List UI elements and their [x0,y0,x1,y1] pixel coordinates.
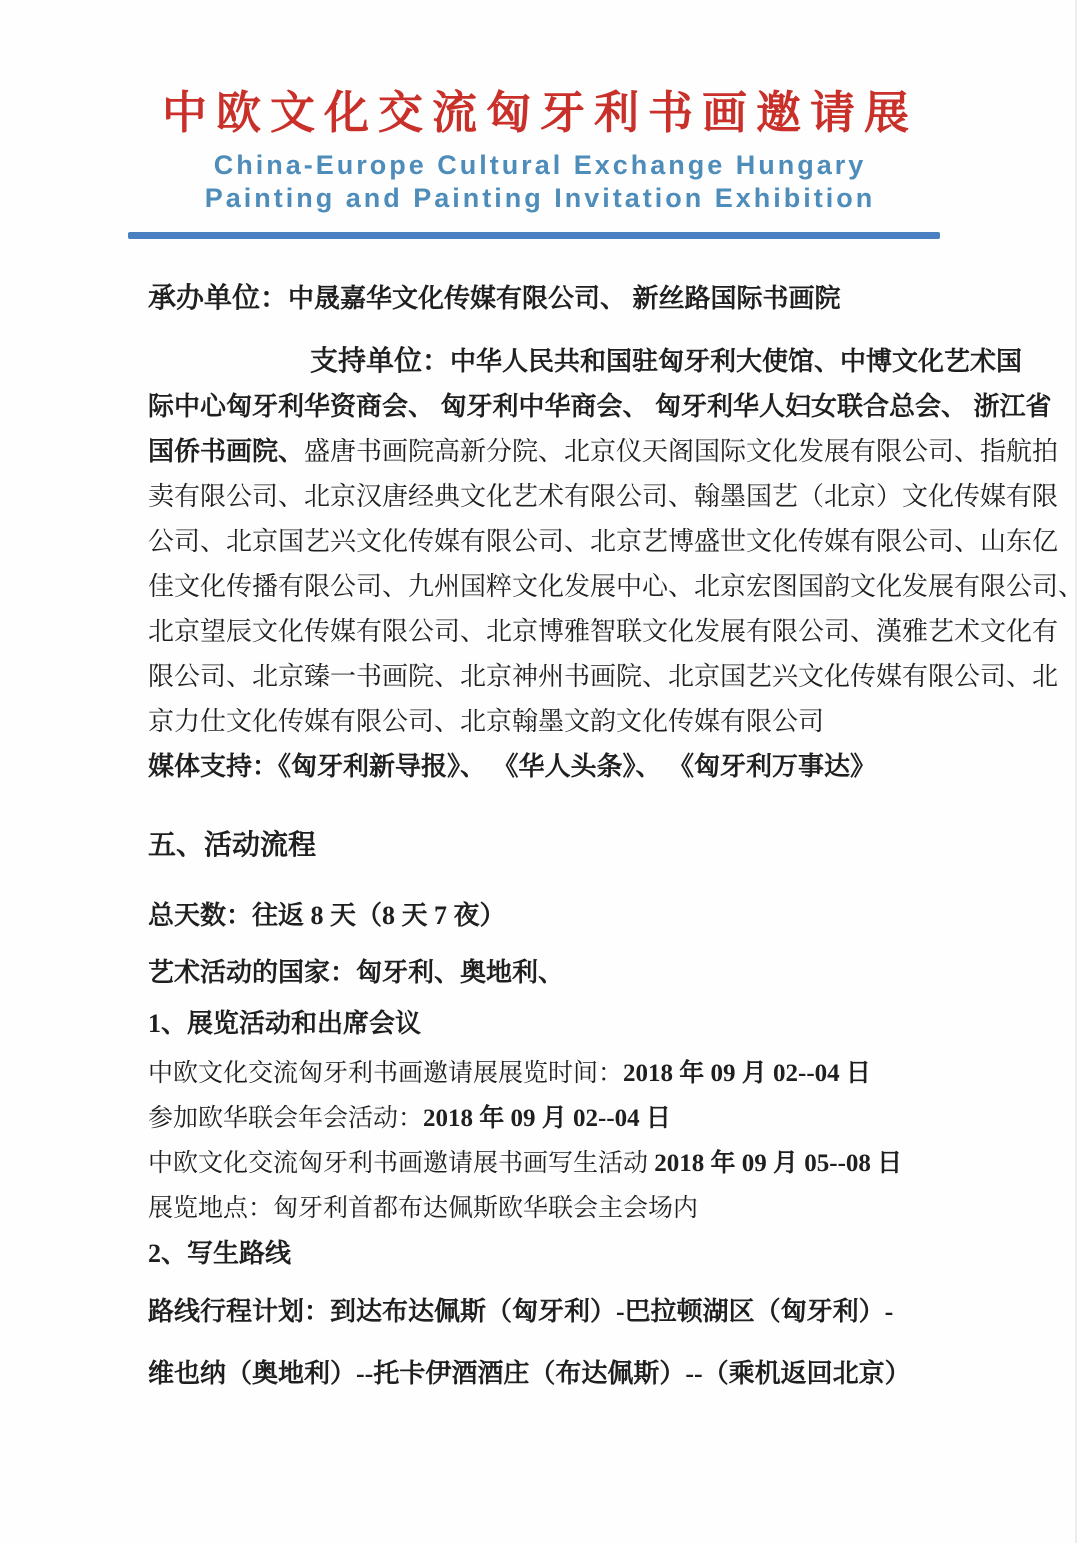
doc-line: 参加欧华联会年会活动：2018 年 09 月 02--04 日 [148,1096,960,1141]
exhibition-title-cn: 中欧文化交流匈牙利书画邀请展 [0,85,1080,141]
document-header: 中欧文化交流匈牙利书画邀请展 China-Europe Cultural Exc… [0,0,1080,239]
doc-line: 北京望辰文化传媒有限公司、北京博雅智联文化发展有限公司、漢雅艺术文化有 [148,609,960,654]
subtitle-line-1: China-Europe Cultural Exchange Hungary [0,149,1080,182]
subsection-1-heading: 1、展览活动和出席会议 [148,1007,960,1041]
text-segment: 参加欧华联会年会活动： [148,1105,423,1132]
text-segment: 际中心匈牙利华资商会、 匈牙利中华商会、 匈牙利华人妇女联合总会、 浙江省 [148,392,1052,421]
text-segment: 盛唐书画院高新分院、北京仪天阁国际文化发展有限公司、指航拍 [304,437,1058,466]
text-segment: 2018 年 09 月 02--04 日 [423,1105,671,1132]
route-plan-lines: 路线行程计划：到达布达佩斯（匈牙利）-巴拉顿湖区（匈牙利）-维也纳（奥地利）--… [148,1281,960,1405]
text-segment: 北京望辰文化传媒有限公司、北京博雅智联文化发展有限公司、漢雅艺术文化有 [148,617,1058,646]
page-edge-line [1075,0,1077,1543]
text-segment: 总天数：往返 8 天（8 天 7 夜） [148,901,506,930]
doc-line: 卖有限公司、北京汉唐经典文化艺术有限公司、翰墨国艺（北京）文化传媒有限 [148,474,960,519]
support-units-paragraph: 支持单位：中华人民共和国驻匈牙利大使馆、中博文化艺术国际中心匈牙利华资商会、 匈… [148,339,960,744]
text-segment: 佳文化传播有限公司、九州国粹文化发展中心、北京宏图国韵文化发展有限公司、 [148,572,1080,601]
section-heading-activity-flow: 五、活动流程 [148,829,960,863]
text-segment: 中欧文化交流匈牙利书画邀请展书画写生活动 [148,1150,654,1177]
doc-line: 艺术活动的国家：匈牙利、奥地利、 [148,944,960,1001]
text-segment: 中欧文化交流匈牙利书画邀请展展览时间： [148,1060,623,1087]
text-segment: 路线行程计划：到达布达佩斯（匈牙利）-巴拉顿湖区（匈牙利）- [148,1297,893,1326]
event-date-lines: 中欧文化交流匈牙利书画邀请展展览时间：2018 年 09 月 02--04 日参… [148,1051,960,1231]
doc-line: 佳文化传播有限公司、九州国粹文化发展中心、北京宏图国韵文化发展有限公司、 [148,564,960,609]
doc-line: 限公司、北京臻一书画院、北京神州书画院、北京国艺兴文化传媒有限公司、北 [148,654,960,699]
text-segment: 中晟嘉华文化传媒有限公司、 新丝路国际书画院 [288,284,841,313]
text-segment: 2018 年 09 月 05--08 日 [654,1150,902,1177]
doc-line: 路线行程计划：到达布达佩斯（匈牙利）-巴拉顿湖区（匈牙利）- [148,1281,960,1343]
media-support-line: 媒体支持：《匈牙利新导报》、 《华人头条》、 《匈牙利万事达》 [148,744,960,789]
doc-line: 公司、北京国艺兴文化传媒有限公司、北京艺博盛世文化传媒有限公司、山东亿 [148,519,960,564]
text-segment: 公司、北京国艺兴文化传媒有限公司、北京艺博盛世文化传媒有限公司、山东亿 [148,527,1058,556]
doc-line: 承办单位：中晟嘉华文化传媒有限公司、 新丝路国际书画院 [148,275,960,323]
organizer-line: 承办单位：中晟嘉华文化传媒有限公司、 新丝路国际书画院 [148,275,960,323]
text-segment: 中华人民共和国驻匈牙利大使馆、中博文化艺术国 [450,347,1022,376]
text-segment: 限公司、北京臻一书画院、北京神州书画院、北京国艺兴文化传媒有限公司、北 [148,662,1058,691]
doc-line: 国侨书画院、盛唐书画院高新分院、北京仪天阁国际文化发展有限公司、指航拍 [148,429,960,474]
text-segment: 媒体支持：《匈牙利新导报》、 《华人头条》、 《匈牙利万事达》 [148,752,876,781]
doc-line: 际中心匈牙利华资商会、 匈牙利中华商会、 匈牙利华人妇女联合总会、 浙江省 [148,384,960,429]
doc-line: 中欧文化交流匈牙利书画邀请展书画写生活动 2018 年 09 月 05--08 … [148,1141,960,1186]
doc-line: 支持单位：中华人民共和国驻匈牙利大使馆、中博文化艺术国 [148,339,960,384]
text-segment: 承办单位： [148,283,288,314]
text-segment: 展览地点：匈牙利首都布达佩斯欧华联会主会场内 [148,1195,698,1222]
doc-line: 维也纳（奥地利）--托卡伊酒酒庄（布达佩斯）--（乘机返回北京） [148,1343,960,1405]
doc-line: 展览地点：匈牙利首都布达佩斯欧华联会主会场内 [148,1186,960,1231]
doc-line: 媒体支持：《匈牙利新导报》、 《华人头条》、 《匈牙利万事达》 [148,744,960,789]
text-segment: 艺术活动的国家：匈牙利、奥地利、 [148,958,564,987]
text-segment: 京力仕文化传媒有限公司、北京翰墨文韵文化传媒有限公司 [148,707,824,736]
document-body: 承办单位：中晟嘉华文化传媒有限公司、 新丝路国际书画院 支持单位：中华人民共和国… [0,275,1080,1405]
doc-line: 京力仕文化传媒有限公司、北京翰墨文韵文化传媒有限公司 [148,699,960,744]
text-segment: 维也纳（奥地利）--托卡伊酒酒庄（布达佩斯）--（乘机返回北京） [148,1359,911,1388]
subsection-2-heading: 2、写生路线 [148,1237,960,1271]
schedule-summary-lines: 总天数：往返 8 天（8 天 7 夜）艺术活动的国家：匈牙利、奥地利、 [148,887,960,1001]
document-page: 中欧文化交流匈牙利书画邀请展 China-Europe Cultural Exc… [0,0,1080,1543]
text-segment: 国侨书画院、 [148,437,304,466]
header-rule [128,232,940,239]
subtitle-line-2: Painting and Painting Invitation Exhibit… [0,182,1080,215]
exhibition-subtitle-en: China-Europe Cultural Exchange Hungary P… [0,149,1080,215]
doc-line: 中欧文化交流匈牙利书画邀请展展览时间：2018 年 09 月 02--04 日 [148,1051,960,1096]
text-segment: 卖有限公司、北京汉唐经典文化艺术有限公司、翰墨国艺（北京）文化传媒有限 [148,482,1058,511]
doc-line: 总天数：往返 8 天（8 天 7 夜） [148,887,960,944]
text-segment: 支持单位： [310,346,450,377]
text-segment: 2018 年 09 月 02--04 日 [623,1060,871,1087]
